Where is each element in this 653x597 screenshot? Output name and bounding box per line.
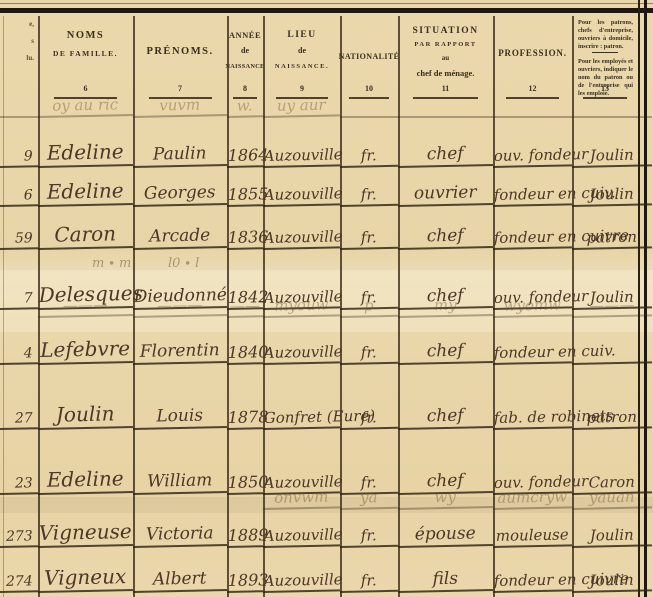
patron [572, 360, 652, 365]
nationalite: fr. [340, 228, 398, 250]
nationalite: fr. [340, 343, 398, 365]
header-subtitle: DE FAMILLE. [53, 49, 118, 58]
row-number: 59 [0, 230, 38, 250]
profession: fondeur en cuivre [493, 227, 572, 250]
cut-fragment: e, [29, 16, 38, 33]
prenom: Victoria [133, 523, 227, 548]
annee-naissance: 1855 [227, 184, 263, 207]
patron: Joulin [572, 525, 652, 548]
lieu-naissance: Auzouville [263, 342, 340, 365]
seam-fragment: l0 ∙ l [168, 256, 199, 271]
situation: chef [398, 340, 493, 365]
nationalite: fr. [340, 146, 398, 168]
ghost-text: oy au ric [38, 95, 133, 118]
profession: fab. de robinets [493, 407, 572, 430]
cut-fragment: lu. [26, 50, 38, 67]
patron: patron [572, 227, 652, 250]
situation: chef [398, 405, 493, 430]
ghost-text: p [340, 296, 398, 318]
header-line2: PAR RAPPORT [414, 41, 476, 48]
patron: Joulin [572, 570, 652, 593]
ghost-row: onvwm ya wy aumcryw yauan [0, 480, 652, 510]
census-row: 59 Caron Arcade 1836 Auzouville fr. chef… [0, 214, 652, 250]
ghost-text: uy aur [263, 95, 340, 118]
annee-naissance: 1840 [227, 342, 263, 365]
situation: ouvrier [398, 182, 493, 207]
row-number: 27 [0, 410, 38, 430]
header-title: SITUATION [412, 26, 478, 36]
nationalite: fr. [340, 526, 398, 548]
ghost-text: ——— [38, 295, 133, 318]
nom-de-famille: Edeline [37, 178, 133, 207]
census-row: 27 Joulin Louis 1878 Gonfret (Eure) fr. … [0, 394, 652, 430]
header-title: PRÉNOMS. [146, 46, 213, 57]
nom-de-famille: Lefebvre [37, 336, 133, 365]
cut-fragment: s [31, 33, 38, 50]
ghost-text: wy [398, 487, 493, 510]
lieu-naissance: Auzouville [263, 525, 340, 548]
header-subtitle: NAISSANCE. [275, 63, 329, 70]
header-title: NOMS [67, 30, 105, 41]
situation: chef [398, 225, 493, 250]
lieu-naissance: Auzouville [263, 570, 340, 593]
ghost-text: vuvm [133, 95, 227, 118]
ghost-text: ——— [133, 295, 227, 318]
ghost-text: onvwm [263, 487, 340, 510]
ghost-text: w. [227, 96, 263, 118]
nom-de-famille: Edeline [37, 139, 133, 168]
row-number: 6 [0, 187, 38, 207]
ghost-text: aumcryw [493, 487, 572, 510]
header-title: LIEU [287, 30, 316, 40]
top-border [0, 8, 653, 13]
census-row: 9 Edeline Paulin 1864 Auzouville fr. che… [0, 132, 652, 168]
header-line4: chef de ménage. [417, 68, 475, 78]
census-row: 273 Vigneuse Victoria 1889 Auzouville fr… [0, 512, 652, 548]
header-mid: de [298, 46, 306, 55]
nom-de-famille: Vigneuse [37, 519, 133, 548]
profession: fondeur en cuiv. [493, 184, 572, 207]
patron: Joulin [572, 184, 652, 207]
top-rule [0, 3, 653, 4]
lieu-naissance: Auzouville [263, 184, 340, 207]
header-mid: de [241, 46, 249, 55]
header-line3: au [442, 54, 449, 62]
situation: chef [398, 143, 493, 168]
ghost-text: ya [340, 488, 398, 510]
census-row: 6 Edeline Georges 1855 Auzouville fr. ou… [0, 171, 652, 207]
patron: Joulin [572, 145, 652, 168]
annee-naissance: 1893 [227, 570, 263, 593]
nom-de-famille: Vigneux [37, 564, 133, 593]
patron: patron [572, 407, 652, 430]
profession: fondeur en cuiv. [493, 342, 572, 365]
lieu-naissance: Gonfret (Eure) [263, 407, 340, 430]
header-subtitle: NAISSANCE [225, 63, 264, 70]
annee-naissance: 1836 [227, 227, 263, 250]
census-row: 4 Lefebvre Florentin 1840 Auzouville fr.… [0, 329, 652, 365]
census-register-sheet: e, s lu. NOMS DE FAMILLE. 6 PRÉNOMS. 7 A… [0, 0, 653, 597]
nationalite: fr. [340, 408, 398, 430]
header-title: ANNÉE [229, 30, 261, 40]
nationalite: fr. [340, 185, 398, 207]
situation: épouse [398, 523, 493, 548]
profession: mouleuse [493, 525, 572, 548]
row-number: 4 [0, 345, 38, 365]
census-row: 274 Vigneux Albert 1893 Auzouville fr. f… [0, 557, 652, 593]
header-title: PROFESSION. [498, 48, 567, 58]
annee-naissance: 1864 [227, 145, 263, 168]
annee-naissance: 1878 [227, 407, 263, 430]
ghost-text: —— [227, 296, 263, 318]
ghost-text: ——— [572, 295, 652, 318]
ghost-text: my [398, 295, 493, 318]
patron-note-1: Pour les patrons, chefs d'entreprise, ou… [573, 16, 637, 50]
nationalite: fr. [340, 571, 398, 593]
row-number: 9 [0, 148, 38, 168]
nom-de-famille: Caron [37, 221, 133, 250]
ghost-text: myouw [263, 295, 340, 318]
prenom: Louis [133, 405, 227, 430]
annee-naissance: 1889 [227, 525, 263, 548]
ghost-row: ——— ——— —— myouw p my wyomw ——— [0, 288, 652, 318]
prenom: Georges [133, 182, 227, 207]
row-number: 273 [0, 528, 38, 548]
row-number: 274 [0, 573, 38, 593]
profession: ouv. fondeur [493, 145, 572, 168]
seam-fragment: m ∙ m [92, 256, 131, 271]
prenom: Albert [133, 568, 227, 593]
profession: fondeur en cuivre [493, 570, 572, 593]
header-title: NATIONALITÉ [339, 52, 400, 61]
partial-row: oy au ric vuvm w. uy aur [0, 86, 652, 118]
prenom: Paulin [133, 143, 227, 168]
nom-de-famille: Joulin [37, 401, 133, 430]
lieu-naissance: Auzouville [263, 145, 340, 168]
prenom: Arcade [133, 225, 227, 250]
prenom: Florentin [133, 340, 227, 365]
note-separator [592, 52, 618, 53]
ghost-text: yauan [572, 487, 652, 510]
lieu-naissance: Auzouville [263, 227, 340, 250]
situation: fils [398, 568, 493, 593]
ghost-text: wyomw [493, 295, 572, 318]
